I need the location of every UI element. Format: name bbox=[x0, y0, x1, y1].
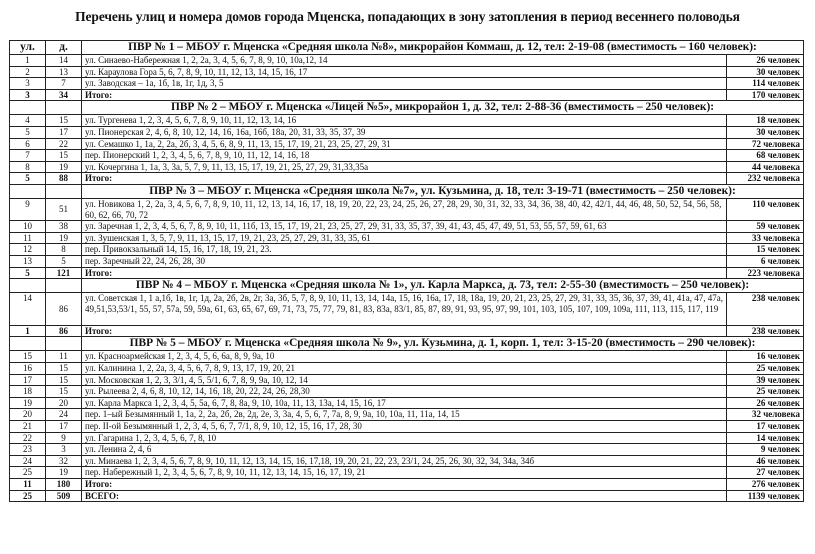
house-count: 13 bbox=[46, 66, 82, 78]
table-row: 2519пер. Набережный 1, 2, 3, 4, 5, 6, 7,… bbox=[10, 467, 804, 479]
table-row: 229ул. Гагарина 1, 2, 3, 4, 5, 6, 7, 8, … bbox=[10, 432, 804, 444]
house-count: 32 bbox=[46, 455, 82, 467]
people-count: 26 человек bbox=[726, 397, 803, 409]
shelter-header: ПВР № 2 – МБОУ г. Мценска «Лицей №5», ми… bbox=[82, 101, 804, 115]
table-row: 622ул. Семашко 1, 1а, 2, 2а, 2б, 3, 4, 5… bbox=[10, 138, 804, 150]
house-count: 19 bbox=[46, 232, 82, 244]
house-count: 14 bbox=[46, 55, 82, 67]
people-count: 72 человека bbox=[726, 138, 803, 150]
subtotal-row: 11180Итого:276 человек bbox=[10, 479, 804, 491]
people-count: 30 человек bbox=[726, 126, 803, 138]
street-houses: ул. Гагарина 1, 2, 3, 4, 5, 6, 7, 8, 10 bbox=[82, 432, 727, 444]
table-row: 819ул. Кочергина 1, 1а, 3, 3а, 5, 7, 9, … bbox=[10, 161, 804, 173]
table-row: 114ул. Синаево-Набережная 1, 2, 2а, 3, 4… bbox=[10, 55, 804, 67]
house-count: 15 bbox=[46, 374, 82, 386]
people-count: 9 человек bbox=[726, 444, 803, 456]
table-row: 1038ул. Заречная 1, 2, 3, 4, 5, 6, 7, 8,… bbox=[10, 221, 804, 233]
house-count: 5 bbox=[46, 255, 82, 267]
column-header-houses: д. bbox=[46, 41, 82, 55]
street-houses: ул. Карла Маркса 1, 2, 3, 4, 5, 5а, 6, 7… bbox=[82, 397, 727, 409]
people-count: 26 человек bbox=[726, 55, 803, 67]
people-count: 238 человек bbox=[726, 293, 803, 326]
row-number: 14 bbox=[10, 293, 46, 326]
people-count: 15 человек bbox=[726, 244, 803, 256]
subtotal-streets: 3 bbox=[10, 89, 46, 101]
empty-cell bbox=[46, 184, 82, 198]
people-count: 33 человека bbox=[726, 232, 803, 244]
subtotal-row: 588Итого:232 человека bbox=[10, 173, 804, 185]
house-count: 38 bbox=[46, 221, 82, 233]
street-houses: ул. Тургенева 1, 2, 3, 4, 5, 6, 7, 8, 9,… bbox=[82, 115, 727, 127]
house-count: 7 bbox=[46, 78, 82, 90]
subtotal-people: 170 человек bbox=[726, 89, 803, 101]
row-number: 10 bbox=[10, 221, 46, 233]
row-number: 17 bbox=[10, 374, 46, 386]
subtotal-label: Итого: bbox=[82, 89, 727, 101]
table-row: 213ул. Караулова Гора 5, 6, 7, 8, 9, 10,… bbox=[10, 66, 804, 78]
people-count: 30 человек bbox=[726, 66, 803, 78]
row-number: 22 bbox=[10, 432, 46, 444]
subtotal-streets: 5 bbox=[10, 173, 46, 185]
people-count: 114 человек bbox=[726, 78, 803, 90]
street-houses: пер. II-ой Безымянный 1, 2, 3, 4, 5, 6, … bbox=[82, 421, 727, 433]
house-count: 19 bbox=[46, 467, 82, 479]
house-count: 24 bbox=[46, 409, 82, 421]
house-count: 17 bbox=[46, 126, 82, 138]
house-count: 15 bbox=[46, 150, 82, 162]
table-row: 1486ул. Советская 1, 1 а,1б, 1в, 1г, 1д,… bbox=[10, 293, 804, 326]
shelter-header: ПВР № 5 – МБОУ г. Мценска «Средняя школа… bbox=[82, 337, 804, 351]
table-row: 715пер. Пионерский 1, 2, 3, 4, 5, 6, 7, … bbox=[10, 150, 804, 162]
street-houses: ул. Красноармейская 1, 2, 3, 4, 5, 6, 6а… bbox=[82, 351, 727, 363]
street-houses: ул. Калинина 1, 2, 2а, 3, 4, 5, 6, 7, 8,… bbox=[82, 363, 727, 375]
table-row: 2432ул. Минаева 1, 2, 3, 4, 5, 6, 7, 8, … bbox=[10, 455, 804, 467]
grand-total-streets: 25 bbox=[10, 490, 46, 502]
table-row: 233ул. Ленина 2, 4, 69 человек bbox=[10, 444, 804, 456]
house-count: 8 bbox=[46, 244, 82, 256]
street-houses: пер. Набережный 1, 2, 3, 4, 5, 6, 7, 8, … bbox=[82, 467, 727, 479]
row-number: 4 bbox=[10, 115, 46, 127]
subtotal-people: 232 человека bbox=[726, 173, 803, 185]
empty-cell bbox=[46, 101, 82, 115]
grand-total-houses: 509 bbox=[46, 490, 82, 502]
house-count: 3 bbox=[46, 444, 82, 456]
street-houses: ул. Семашко 1, 1а, 2, 2а, 2б, 3, 4, 5, 6… bbox=[82, 138, 727, 150]
house-count: 17 bbox=[46, 421, 82, 433]
people-count: 25 человек bbox=[726, 363, 803, 375]
shelter-header-row: ПВР № 4 – МБОУ г. Мценска «Средняя школа… bbox=[10, 279, 804, 293]
people-count: 16 человек bbox=[726, 351, 803, 363]
table-row: 1615ул. Калинина 1, 2, 2а, 3, 4, 5, 6, 7… bbox=[10, 363, 804, 375]
empty-cell bbox=[10, 101, 46, 115]
grand-total-row: 25509ВСЕГО:1139 человек bbox=[10, 490, 804, 502]
row-number: 1 bbox=[10, 55, 46, 67]
row-number: 19 bbox=[10, 397, 46, 409]
column-header-streets: ул. bbox=[10, 41, 46, 55]
subtotal-people: 238 человек bbox=[726, 325, 803, 337]
table-row: 2024пер. 1–ый Безымянный 1, 1а, 2, 2а, 2… bbox=[10, 409, 804, 421]
people-count: 68 человек bbox=[726, 150, 803, 162]
table-row: 1815ул. Рылеева 2, 4, 6, 8, 10, 12, 14, … bbox=[10, 386, 804, 398]
people-count: 39 человек bbox=[726, 374, 803, 386]
street-houses: ул. Синаево-Набережная 1, 2, 2а, 3, 4, 5… bbox=[82, 55, 727, 67]
subtotal-row: 334Итого:170 человек bbox=[10, 89, 804, 101]
table-row: 128пер. Привокзальный 14, 15, 16, 17, 18… bbox=[10, 244, 804, 256]
subtotal-houses: 34 bbox=[46, 89, 82, 101]
table-row: 135пер. Заречный 22, 24, 26, 28, 306 чел… bbox=[10, 255, 804, 267]
grand-total-people: 1139 человек bbox=[726, 490, 803, 502]
street-houses: ул. Пионерская 2, 4, 6, 8, 10, 12, 14, 1… bbox=[82, 126, 727, 138]
house-count: 15 bbox=[46, 115, 82, 127]
street-houses: ул. Зушенская 1, 3, 5, 7, 9, 11, 13, 15,… bbox=[82, 232, 727, 244]
subtotal-people: 223 человека bbox=[726, 267, 803, 279]
people-count: 17 человек bbox=[726, 421, 803, 433]
people-count: 6 человек bbox=[726, 255, 803, 267]
subtotal-streets: 11 bbox=[10, 479, 46, 491]
shelter-header: ПВР № 4 – МБОУ г. Мценска «Средняя школа… bbox=[82, 279, 804, 293]
subtotal-label: Итого: bbox=[82, 325, 727, 337]
empty-cell bbox=[10, 337, 46, 351]
street-houses: ул. Ленина 2, 4, 6 bbox=[82, 444, 727, 456]
street-houses: ул. Заводская – 1а, 1б, 1в, 1г, 1д, 3, 5 bbox=[82, 78, 727, 90]
subtotal-label: Итого: bbox=[82, 479, 727, 491]
house-count: 15 bbox=[46, 363, 82, 375]
row-number: 8 bbox=[10, 161, 46, 173]
people-count: 27 человек bbox=[726, 467, 803, 479]
street-houses: пер. 1–ый Безымянный 1, 1а, 2, 2а, 2б, 2… bbox=[82, 409, 727, 421]
table-row: 415ул. Тургенева 1, 2, 3, 4, 5, 6, 7, 8,… bbox=[10, 115, 804, 127]
people-count: 110 человек bbox=[726, 198, 803, 220]
row-number: 21 bbox=[10, 421, 46, 433]
street-houses: ул. Караулова Гора 5, 6, 7, 8, 9, 10, 11… bbox=[82, 66, 727, 78]
shelter-header-row: ул.д.ПВР № 1 – МБОУ г. Мценска «Средняя … bbox=[10, 41, 804, 55]
street-houses: ул. Минаева 1, 2, 3, 4, 5, 6, 7, 8, 9, 1… bbox=[82, 455, 727, 467]
street-houses: ул. Московская 1, 2, 3, 3/1, 4, 5, 5/1, … bbox=[82, 374, 727, 386]
row-number: 12 bbox=[10, 244, 46, 256]
table-row: 1715ул. Московская 1, 2, 3, 3/1, 4, 5, 5… bbox=[10, 374, 804, 386]
row-number: 2 bbox=[10, 66, 46, 78]
table-row: 1119ул. Зушенская 1, 3, 5, 7, 9, 11, 13,… bbox=[10, 232, 804, 244]
house-count: 11 bbox=[46, 351, 82, 363]
row-number: 20 bbox=[10, 409, 46, 421]
row-number: 11 bbox=[10, 232, 46, 244]
subtotal-houses: 86 bbox=[46, 325, 82, 337]
row-number: 24 bbox=[10, 455, 46, 467]
shelter-header-row: ПВР № 3 – МБОУ г. Мценска «Средняя школа… bbox=[10, 184, 804, 198]
subtotal-row: 186Итого:238 человек bbox=[10, 325, 804, 337]
house-count: 22 bbox=[46, 138, 82, 150]
row-number: 7 bbox=[10, 150, 46, 162]
people-count: 46 человек bbox=[726, 455, 803, 467]
table-row: 1920ул. Карла Маркса 1, 2, 3, 4, 5, 5а, … bbox=[10, 397, 804, 409]
people-count: 32 человека bbox=[726, 409, 803, 421]
street-houses: пер. Заречный 22, 24, 26, 28, 30 bbox=[82, 255, 727, 267]
street-houses: ул. Заречная 1, 2, 3, 4, 5, 6, 7, 8, 9, … bbox=[82, 221, 727, 233]
house-count: 20 bbox=[46, 397, 82, 409]
table-row: 517ул. Пионерская 2, 4, 6, 8, 10, 12, 14… bbox=[10, 126, 804, 138]
subtotal-label: Итого: bbox=[82, 267, 727, 279]
row-number: 3 bbox=[10, 78, 46, 90]
table-row: 2117пер. II-ой Безымянный 1, 2, 3, 4, 5,… bbox=[10, 421, 804, 433]
shelter-header: ПВР № 1 – МБОУ г. Мценска «Средняя школа… bbox=[82, 41, 804, 55]
people-count: 59 человек bbox=[726, 221, 803, 233]
row-number: 5 bbox=[10, 126, 46, 138]
street-houses: ул. Кочергина 1, 1а, 3, 3а, 5, 7, 9, 11,… bbox=[82, 161, 727, 173]
flood-zone-table: ул.д.ПВР № 1 – МБОУ г. Мценска «Средняя … bbox=[9, 40, 804, 502]
people-count: 44 человека bbox=[726, 161, 803, 173]
house-count: 51 bbox=[46, 198, 82, 220]
shelter-header: ПВР № 3 – МБОУ г. Мценска «Средняя школа… bbox=[82, 184, 804, 198]
people-count: 18 человек bbox=[726, 115, 803, 127]
row-number: 13 bbox=[10, 255, 46, 267]
empty-cell bbox=[10, 184, 46, 198]
house-count: 86 bbox=[46, 293, 82, 326]
subtotal-label: Итого: bbox=[82, 173, 727, 185]
table-row: 37ул. Заводская – 1а, 1б, 1в, 1г, 1д, 3,… bbox=[10, 78, 804, 90]
row-number: 25 bbox=[10, 467, 46, 479]
table-row: 951ул. Новикова 1, 2, 2а, 3, 4, 5, 6, 7,… bbox=[10, 198, 804, 220]
subtotal-people: 276 человек bbox=[726, 479, 803, 491]
table-row: 1511ул. Красноармейская 1, 2, 3, 4, 5, 6… bbox=[10, 351, 804, 363]
row-number: 16 bbox=[10, 363, 46, 375]
subtotal-streets: 1 bbox=[10, 325, 46, 337]
shelter-header-row: ПВР № 2 – МБОУ г. Мценска «Лицей №5», ми… bbox=[10, 101, 804, 115]
empty-cell bbox=[10, 279, 46, 293]
subtotal-streets: 5 bbox=[10, 267, 46, 279]
row-number: 15 bbox=[10, 351, 46, 363]
house-count: 19 bbox=[46, 161, 82, 173]
row-number: 9 bbox=[10, 198, 46, 220]
street-houses: пер. Привокзальный 14, 15, 16, 17, 18, 1… bbox=[82, 244, 727, 256]
street-houses: ул. Советская 1, 1 а,1б, 1в, 1г, 1д, 2а,… bbox=[82, 293, 727, 326]
empty-cell bbox=[46, 279, 82, 293]
house-count: 15 bbox=[46, 386, 82, 398]
street-houses: пер. Пионерский 1, 2, 3, 4, 5, 6, 7, 8, … bbox=[82, 150, 727, 162]
subtotal-houses: 88 bbox=[46, 173, 82, 185]
subtotal-houses: 180 bbox=[46, 479, 82, 491]
page-title: Перечень улиц и номера домов города Мцен… bbox=[0, 9, 815, 25]
people-count: 14 человек bbox=[726, 432, 803, 444]
grand-total-label: ВСЕГО: bbox=[82, 490, 727, 502]
subtotal-houses: 121 bbox=[46, 267, 82, 279]
shelter-header-row: ПВР № 5 – МБОУ г. Мценска «Средняя школа… bbox=[10, 337, 804, 351]
row-number: 6 bbox=[10, 138, 46, 150]
empty-cell bbox=[46, 337, 82, 351]
street-houses: ул. Рылеева 2, 4, 6, 8, 10, 12, 14, 16, … bbox=[82, 386, 727, 398]
street-houses: ул. Новикова 1, 2, 2а, 3, 4, 5, 6, 7, 8,… bbox=[82, 198, 727, 220]
house-count: 9 bbox=[46, 432, 82, 444]
row-number: 23 bbox=[10, 444, 46, 456]
people-count: 25 человек bbox=[726, 386, 803, 398]
row-number: 18 bbox=[10, 386, 46, 398]
subtotal-row: 5121Итого:223 человека bbox=[10, 267, 804, 279]
